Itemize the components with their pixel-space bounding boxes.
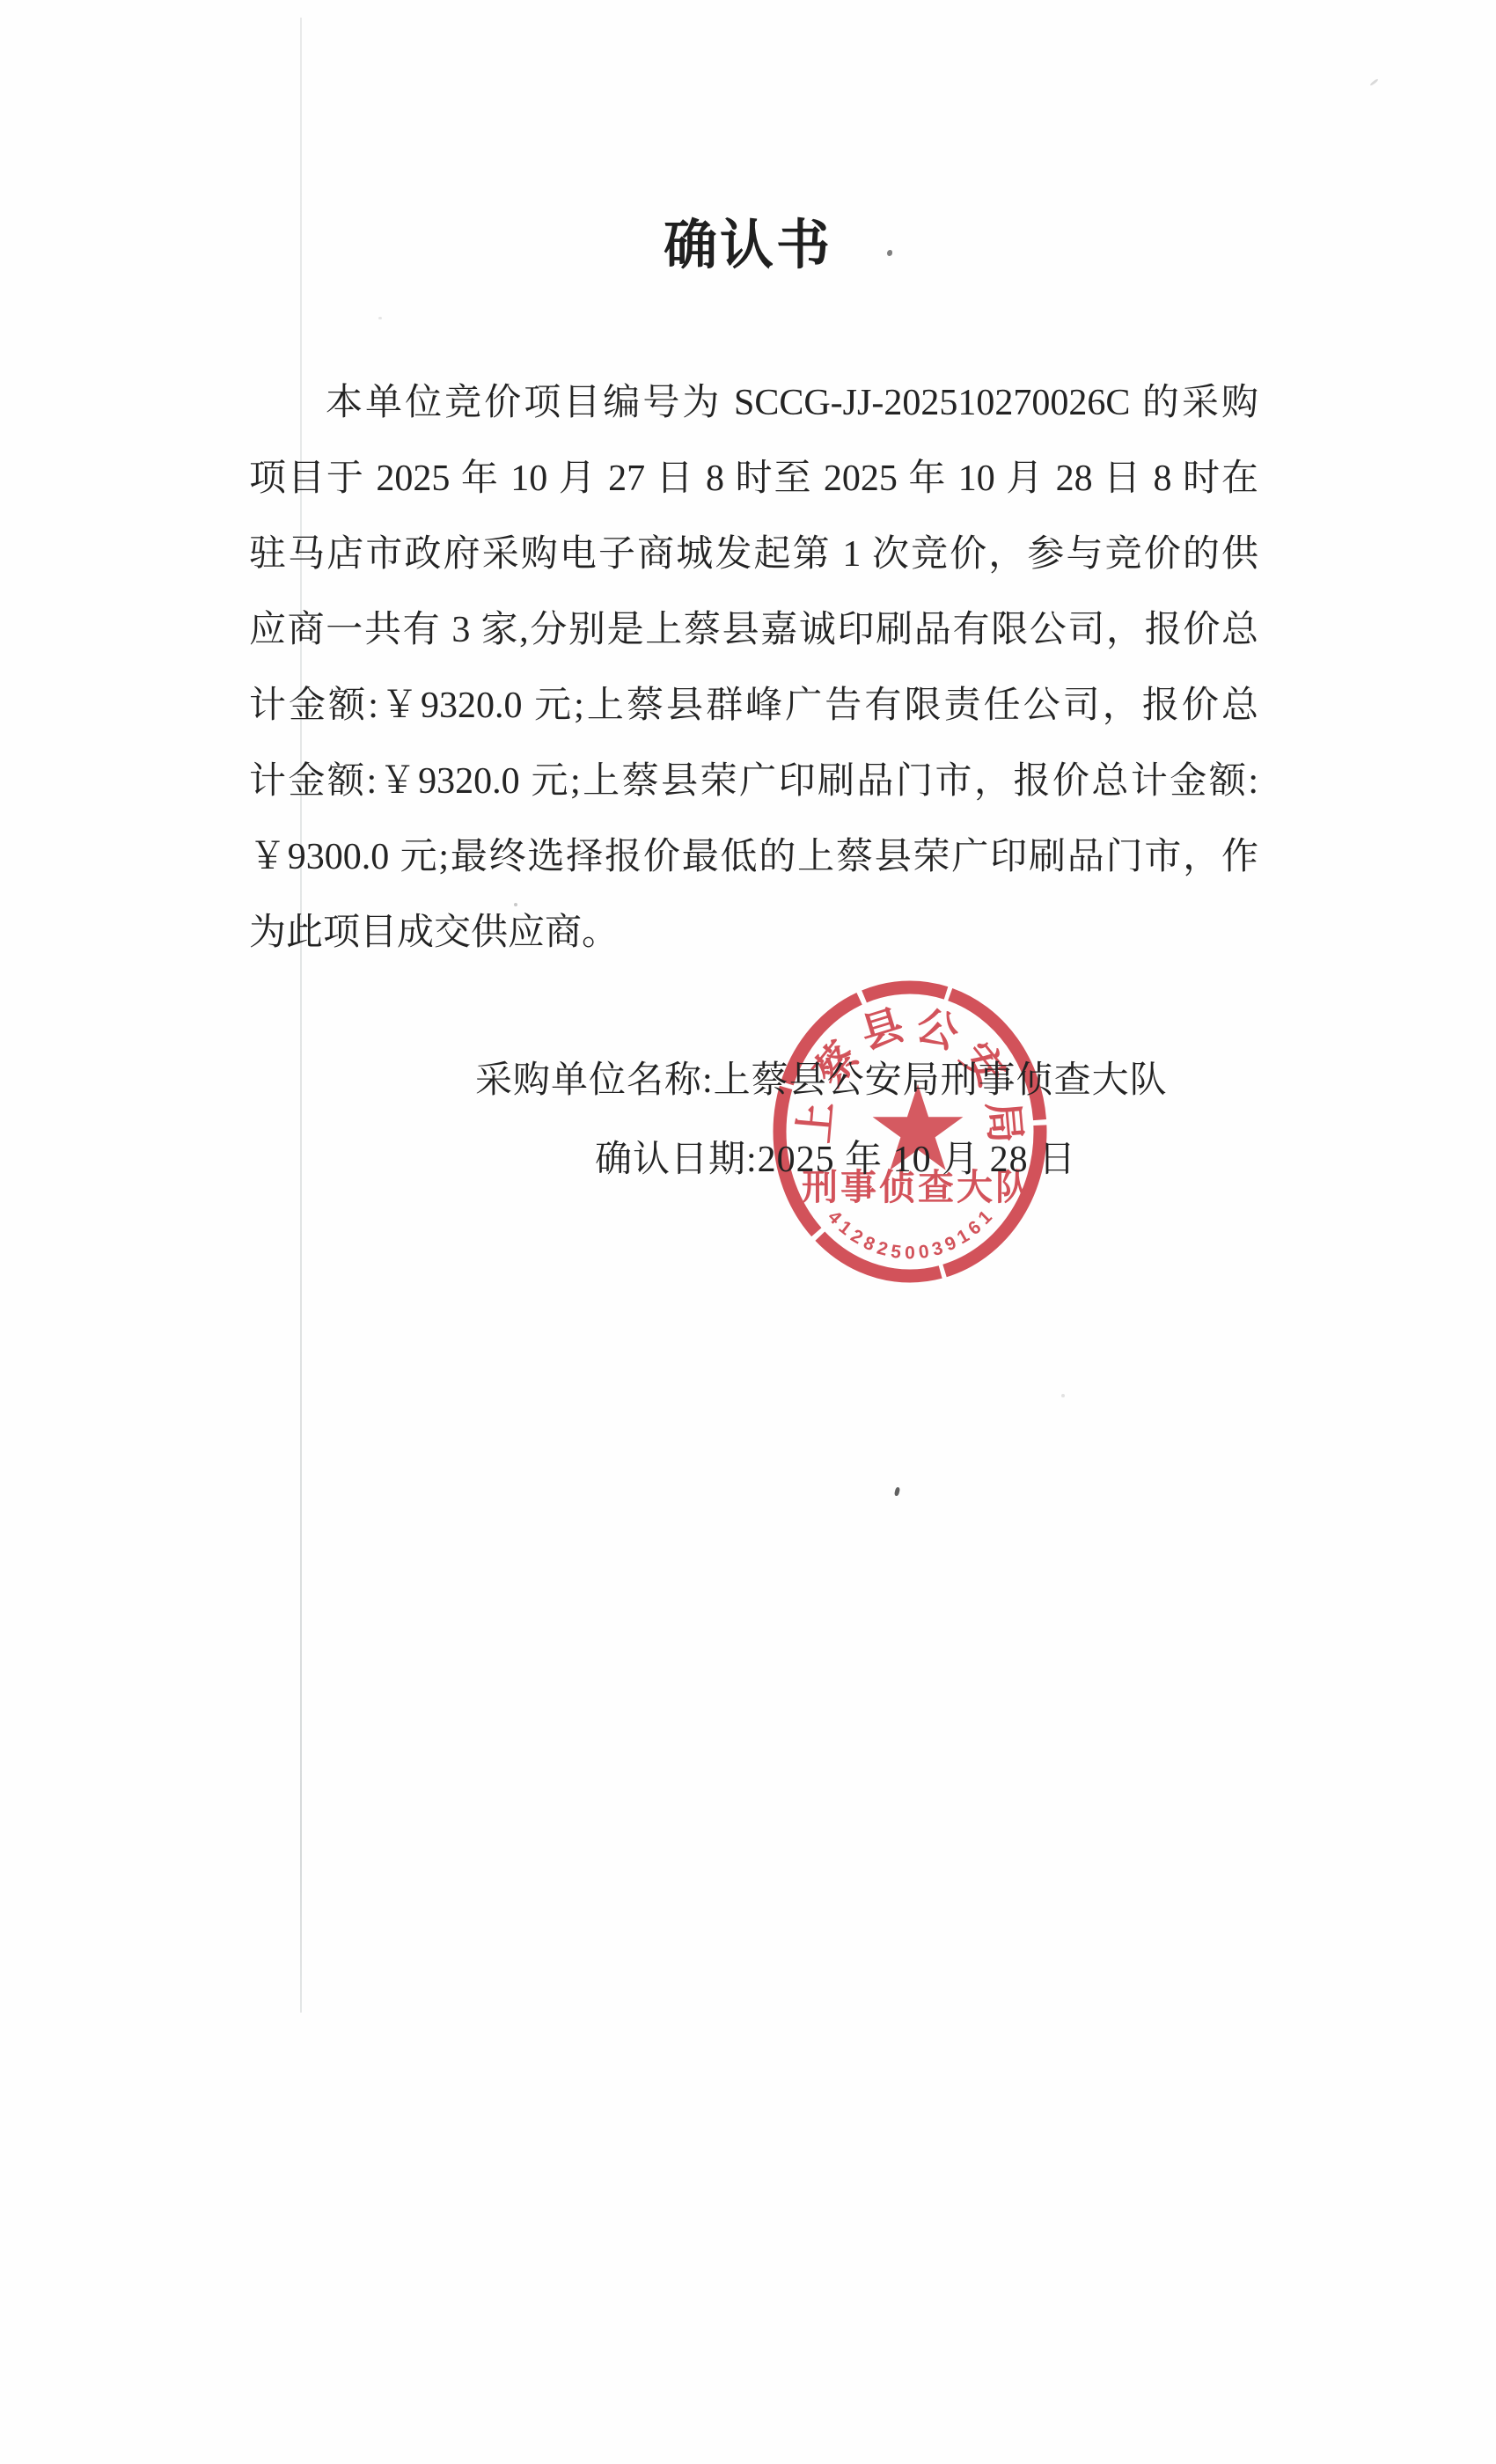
body-line: ￥9300.0 元;最终选择报价最低的上蔡县荣广印刷品门市，作: [249, 819, 1258, 895]
signature-unit-line: 采购单位名称:上蔡县公安局刑事侦查大队: [475, 1058, 1168, 1104]
seal-code-digit: 0: [918, 1242, 931, 1263]
scan-speck: [514, 903, 517, 906]
scan-speck: [1369, 78, 1379, 86]
body-line: 计金额:￥9320.0 元;上蔡县群峰广告有限责任公司，报价总: [249, 668, 1258, 744]
body-paragraph: 本单位竞价项目编号为 SCCG-JJ-202510270026C 的采购 项目于…: [249, 365, 1258, 971]
scanned-document-page: 确认书 本单位竞价项目编号为 SCCG-JJ-202510270026C 的采购…: [0, 0, 1496, 2464]
scan-speck: [894, 1487, 900, 1497]
seal-code-digit: 5: [890, 1242, 903, 1263]
scan-crease-line: [300, 18, 302, 2013]
seal-arc-char: 公: [911, 1001, 964, 1057]
body-line: 为此项目成交供应商。: [249, 895, 1258, 971]
body-line: 本单位竞价项目编号为 SCCG-JJ-202510270026C 的采购: [249, 365, 1258, 441]
body-line: 应商一共有 3 家,分别是上蔡县嘉诚印刷品有限公司，报价总: [249, 592, 1258, 668]
document-title: 确认书: [0, 209, 1496, 283]
scan-speck: [1061, 1394, 1065, 1397]
body-line: 项目于 2025 年 10 月 27 日 8 时至 2025 年 10 月 28…: [249, 441, 1258, 517]
official-seal: 上蔡县公安局刑事侦查大队4128250039161: [757, 964, 1069, 1307]
seal-code-digit: 2: [875, 1238, 890, 1260]
signature-date-line: 确认日期:2025 年 10 月 28 日: [595, 1137, 1076, 1183]
body-line: 驻马店市政府采购电子商城发起第 1 次竞价，参与竞价的供: [249, 517, 1258, 592]
body-line: 计金额:￥9320.0 元;上蔡县荣广印刷品门市，报价总计金额:: [249, 744, 1258, 819]
seal-code-digit: 0: [905, 1243, 915, 1264]
scan-speck: [378, 317, 382, 319]
seal-code-digit: 3: [930, 1238, 945, 1260]
seal-arc-char: 县: [855, 1001, 908, 1057]
